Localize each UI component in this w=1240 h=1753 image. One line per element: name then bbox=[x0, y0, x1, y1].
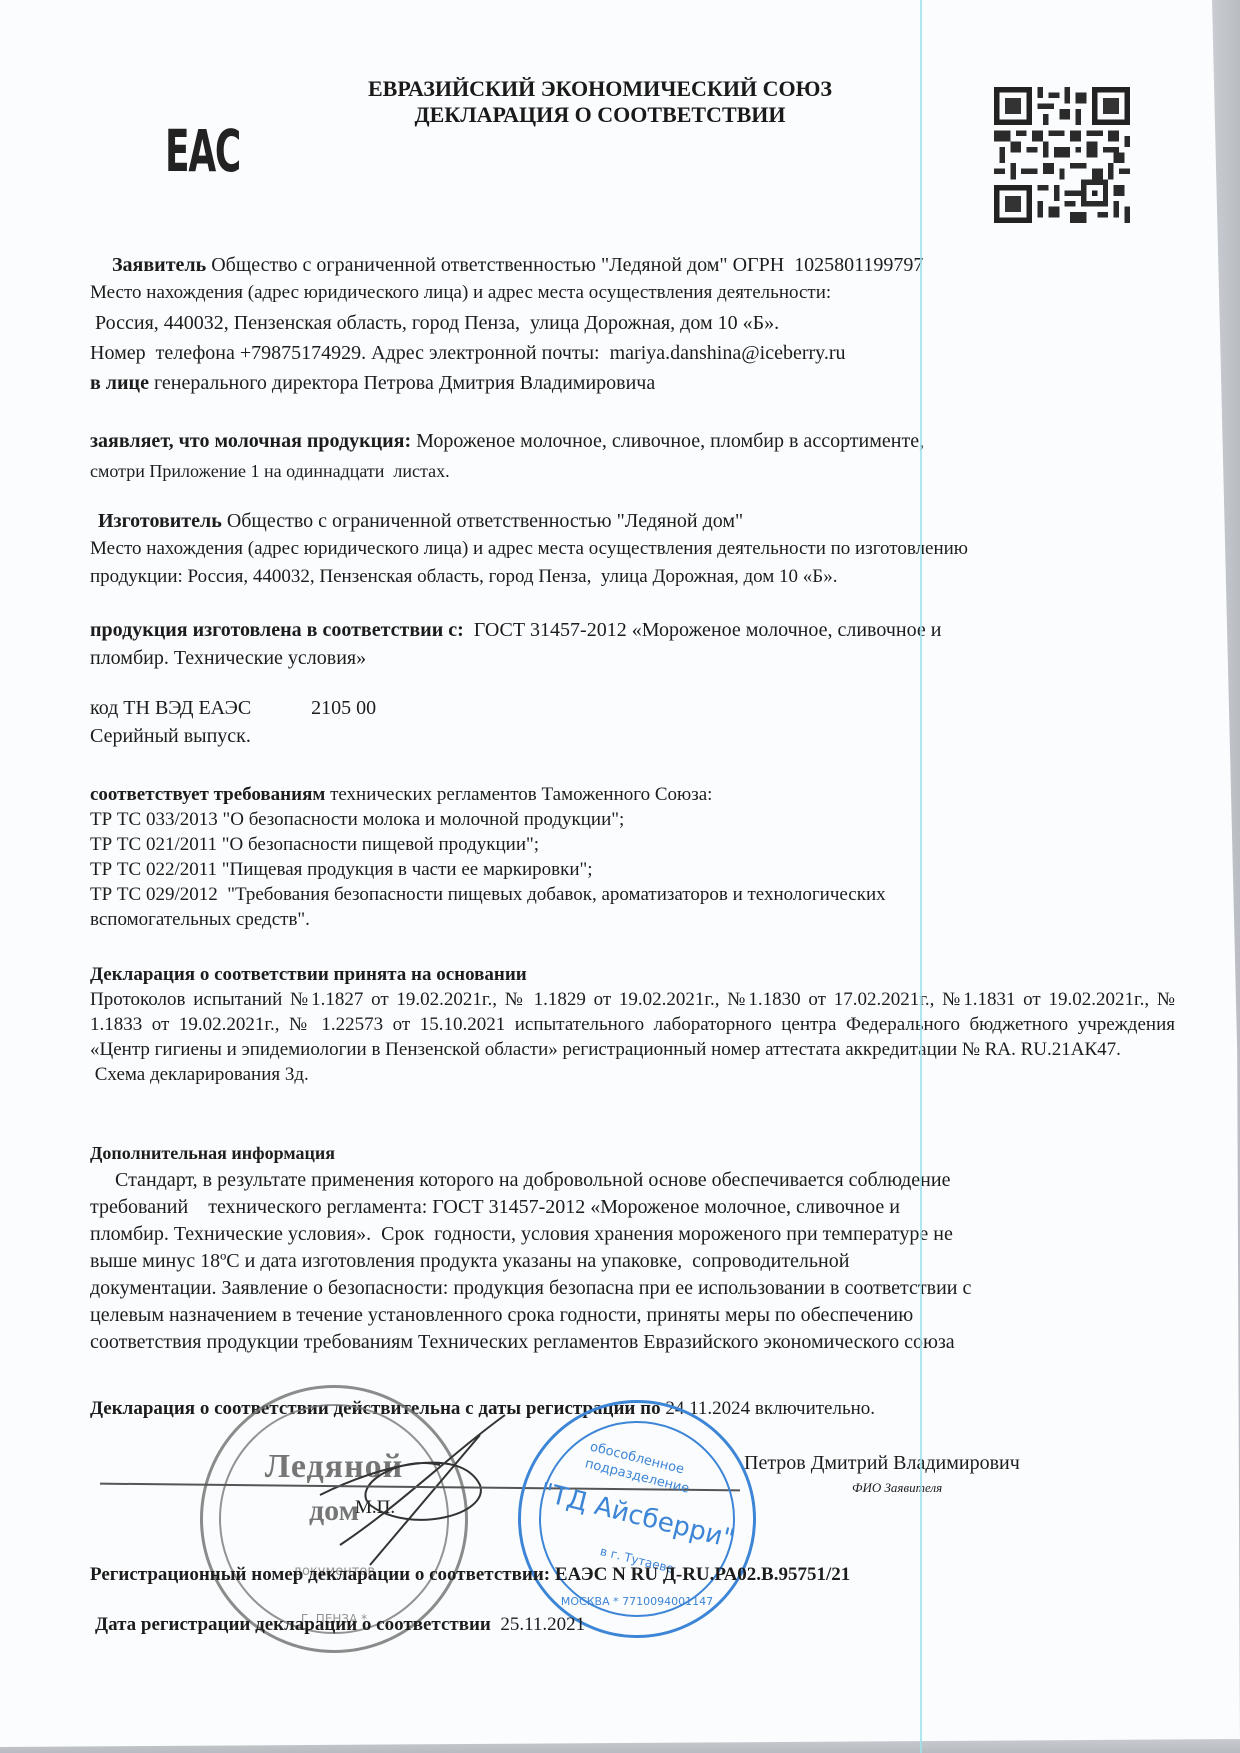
code-label: код ТН ВЭД ЕАЭС bbox=[90, 697, 251, 719]
scan-right-edge bbox=[1212, 0, 1240, 1753]
handwritten-signature bbox=[280, 1395, 520, 1585]
applicant-contacts: Номер телефона +79875174929. Адрес элект… bbox=[90, 340, 1180, 366]
additional-info-line: пломбир. Технические условия». Срок годн… bbox=[90, 1221, 1180, 1248]
applicant-address: Россия, 440032, Пензенская область, горо… bbox=[90, 310, 1180, 336]
standard-label: продукция изготовлена в соответствии с: bbox=[90, 619, 464, 641]
manufacturer-section: Изготовитель Общество с ограниченной отв… bbox=[90, 508, 1180, 590]
union-title: ЕВРАЗИЙСКИЙ ЭКОНОМИЧЕСКИЙ СОЮЗ bbox=[300, 76, 900, 102]
representative-name: генерального директора Петрова Дмитрия В… bbox=[149, 372, 655, 394]
compliance-intro: технических регламентов Таможенного Союз… bbox=[325, 784, 712, 805]
regulation-item: ТР ТС 033/2013 "О безопасности молока и … bbox=[90, 807, 1180, 832]
signatory-name: Петров Дмитрий Владимирович bbox=[744, 1452, 1020, 1475]
registration-section: Регистрационный номер декларации о соотв… bbox=[90, 1562, 1180, 1588]
registration-date-section: Дата регистрации декларации о соответств… bbox=[95, 1612, 1185, 1638]
regulation-item: ТР ТС 022/2011 "Пищевая продукция в част… bbox=[90, 857, 1180, 882]
compliance-section: соответствует требованиям технических ре… bbox=[90, 782, 1180, 932]
regulation-item: ТР ТС 021/2011 "О безопасности пищевой п… bbox=[90, 832, 1180, 857]
additional-info-section: Дополнительная информация Стандарт, в ре… bbox=[90, 1140, 1180, 1356]
manufacturer-name: Общество с ограниченной ответственностью… bbox=[222, 510, 743, 532]
additional-info-line: целевым назначением в течение установлен… bbox=[90, 1302, 1180, 1329]
declaration-scheme: Схема декларирования 3д. bbox=[90, 1062, 1180, 1087]
qr-code-icon bbox=[994, 84, 1130, 226]
standard-text: ГОСТ 31457-2012 «Мороженое молочное, сли… bbox=[464, 619, 942, 641]
applicant-name: Общество с ограниченной ответственностью… bbox=[206, 254, 923, 276]
applicant-section: Заявитель Общество с ограниченной ответс… bbox=[90, 252, 1180, 396]
registration-date: 25.11.2021 bbox=[491, 1614, 585, 1635]
additional-info-line: документации. Заявление о безопасности: … bbox=[90, 1275, 1180, 1302]
code-value: 2105 00 bbox=[311, 697, 376, 719]
representative-label: в лице bbox=[90, 372, 149, 394]
code-section: код ТН ВЭД ЕАЭС2105 00 Серийный выпуск. bbox=[90, 695, 1180, 749]
additional-info-line: требований технического регламента: ГОСТ… bbox=[90, 1194, 1180, 1221]
product-appendix: смотри Приложение 1 на одиннадцати листа… bbox=[90, 458, 1180, 484]
basis-text: Протоколов испытаний №1.1827 от 19.02.20… bbox=[90, 987, 1175, 1062]
standard-text-cont: пломбир. Технические условия» bbox=[90, 645, 1180, 671]
applicant-address-label: Место нахождения (адрес юридического лиц… bbox=[90, 280, 1180, 306]
registration-number-label: Регистрационный номер декларации о соотв… bbox=[90, 1564, 550, 1585]
manufacturer-label: Изготовитель bbox=[98, 510, 222, 532]
product-description: Мороженое молочное, сливочное, пломбир в… bbox=[411, 430, 924, 452]
additional-info-line: Стандарт, в результате применения которо… bbox=[90, 1167, 1180, 1194]
registration-number: ЕАЭС N RU Д-RU.РА02.В.95751/21 bbox=[550, 1564, 850, 1585]
regulation-item: вспомогательных средств". bbox=[90, 907, 1180, 932]
additional-info-line: соответствия продукции требованиям Техни… bbox=[90, 1329, 1180, 1356]
eac-logo: ЕАС bbox=[165, 117, 240, 185]
manufacturer-address-label: Место нахождения (адрес юридического лиц… bbox=[90, 536, 1180, 562]
manufacturer-address: продукции: Россия, 440032, Пензенская об… bbox=[90, 564, 1180, 590]
product-label: заявляет, что молочная продукция: bbox=[90, 430, 411, 452]
release-type: Серийный выпуск. bbox=[90, 723, 1180, 749]
product-section: заявляет, что молочная продукция: Мороже… bbox=[90, 428, 1180, 484]
additional-info-title: Дополнительная информация bbox=[90, 1140, 1180, 1167]
standard-section: продукция изготовлена в соответствии с: … bbox=[90, 617, 1180, 671]
registration-date-label: Дата регистрации декларации о соответств… bbox=[95, 1614, 491, 1635]
basis-section: Декларация о соответствии принята на осн… bbox=[90, 962, 1180, 1087]
scan-bottom-edge bbox=[0, 1739, 1240, 1753]
additional-info-line: выше минус 18ºС и дата изготовления прод… bbox=[90, 1248, 1180, 1275]
regulation-item: ТР ТС 029/2012 "Требования безопасности … bbox=[90, 882, 1180, 907]
applicant-label: Заявитель bbox=[112, 254, 206, 276]
document-header: ЕВРАЗИЙСКИЙ ЭКОНОМИЧЕСКИЙ СОЮЗ ДЕКЛАРАЦИ… bbox=[300, 76, 900, 128]
compliance-label: соответствует требованиям bbox=[90, 784, 325, 805]
declaration-title: ДЕКЛАРАЦИЯ О СООТВЕТСТВИИ bbox=[300, 102, 900, 128]
signatory-caption: ФИО Заявителя bbox=[852, 1480, 942, 1496]
scan-artifact-line bbox=[920, 0, 922, 1753]
basis-title: Декларация о соответствии принята на осн… bbox=[90, 962, 1180, 987]
blue-subdivision-stamp: обособленное подразделение "ТД Айсберри"… bbox=[518, 1400, 756, 1638]
stamp-bottom-text: МОСКВА * 7710094001147 bbox=[521, 1595, 753, 1608]
